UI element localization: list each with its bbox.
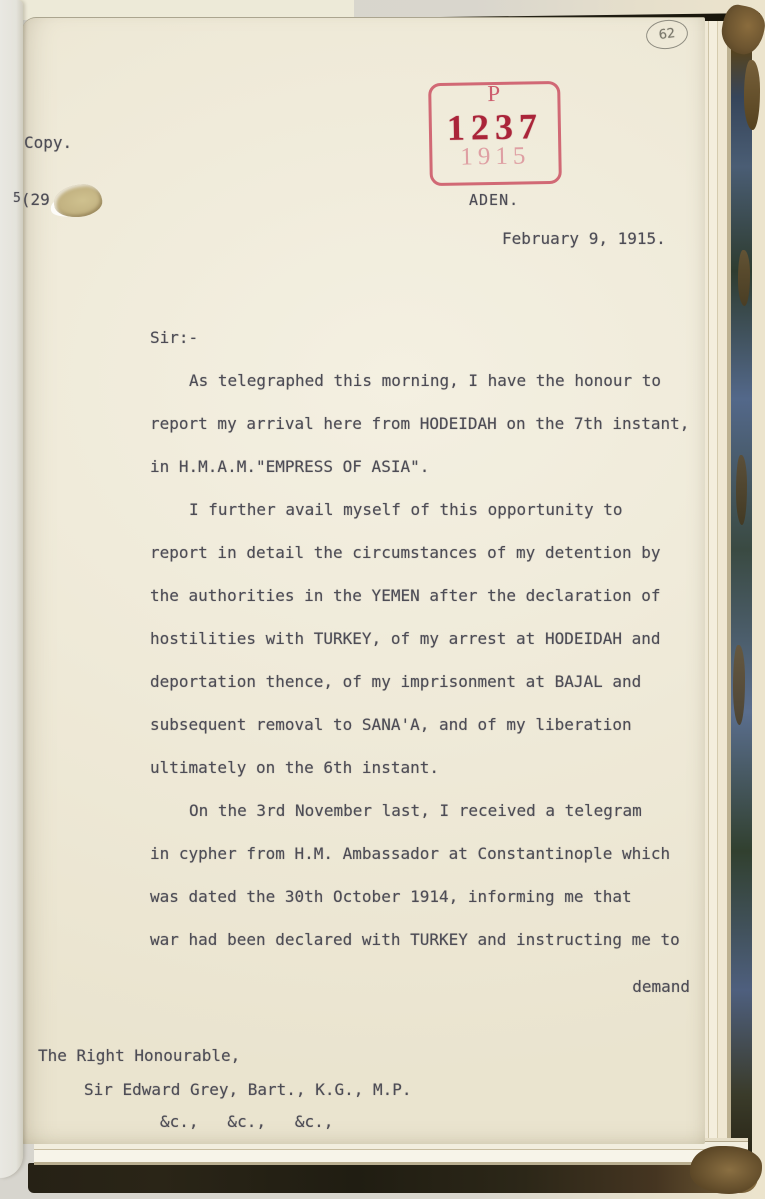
body-line: On the 3rd November last, I received a t… <box>150 801 702 844</box>
book-cover-right-edge <box>731 16 752 1176</box>
addressee-line-2: Sir Edward Grey, Bart., K.G., M.P. <box>84 1080 412 1099</box>
body-line: hostilities with TURKEY, of my arrest at… <box>150 629 702 672</box>
stamp-letter: P <box>487 81 501 107</box>
body-line: report in detail the circumstances of my… <box>150 543 702 586</box>
cover-wear-blotch <box>690 1146 762 1194</box>
body-line: the authorities in the YEMEN after the d… <box>150 586 702 629</box>
addressee-line-3: &c., &c., &c., <box>160 1112 333 1131</box>
reference-fragment: (29 <box>21 190 50 209</box>
stamp-year: 1915 <box>460 142 530 171</box>
body-line: ultimately on the 6th instant. <box>150 758 702 801</box>
copy-label: Copy. <box>24 133 72 152</box>
catchword: demand <box>150 977 708 996</box>
cover-wear-blotch <box>733 645 745 725</box>
cover-wear-blotch <box>738 250 750 306</box>
scanned-letter-page: 62 P 1237 1915 Copy. 5(29 ADEN. February… <box>0 0 765 1199</box>
body-line: As telegraphed this morning, I have the … <box>150 371 702 414</box>
body-line: war had been declared with TURKEY and in… <box>150 930 702 973</box>
book-cover-bottom-edge <box>28 1163 758 1193</box>
body-line: deportation thence, of my imprisonment a… <box>150 672 702 715</box>
cover-wear-blotch <box>744 60 760 130</box>
registry-stamp: P 1237 1915 <box>428 81 562 186</box>
body-line: in cypher from H.M. Ambassador at Consta… <box>150 844 702 887</box>
folio-number-text: 62 <box>658 26 676 43</box>
body-line: was dated the 30th October 1914, informi… <box>150 887 702 930</box>
reference-prefix: 5 <box>13 191 21 206</box>
cover-wear-blotch <box>736 455 747 525</box>
body-line: report my arrival here from HODEIDAH on … <box>150 414 702 457</box>
addressee-line-1: The Right Honourable, <box>38 1046 240 1065</box>
body-line: I further avail myself of this opportuni… <box>150 500 702 543</box>
location-line: ADEN. <box>469 191 519 209</box>
body-line: subsequent removal to SANA'A, and of my … <box>150 715 702 758</box>
date-line: February 9, 1915. <box>502 229 666 248</box>
facing-page-edge <box>0 0 23 1178</box>
salutation: Sir:- <box>150 328 198 347</box>
body-line: in H.M.A.M."EMPRESS OF ASIA". <box>150 457 702 500</box>
letter-body: As telegraphed this morning, I have the … <box>150 371 702 973</box>
reference-number: 5(29 <box>13 190 50 209</box>
